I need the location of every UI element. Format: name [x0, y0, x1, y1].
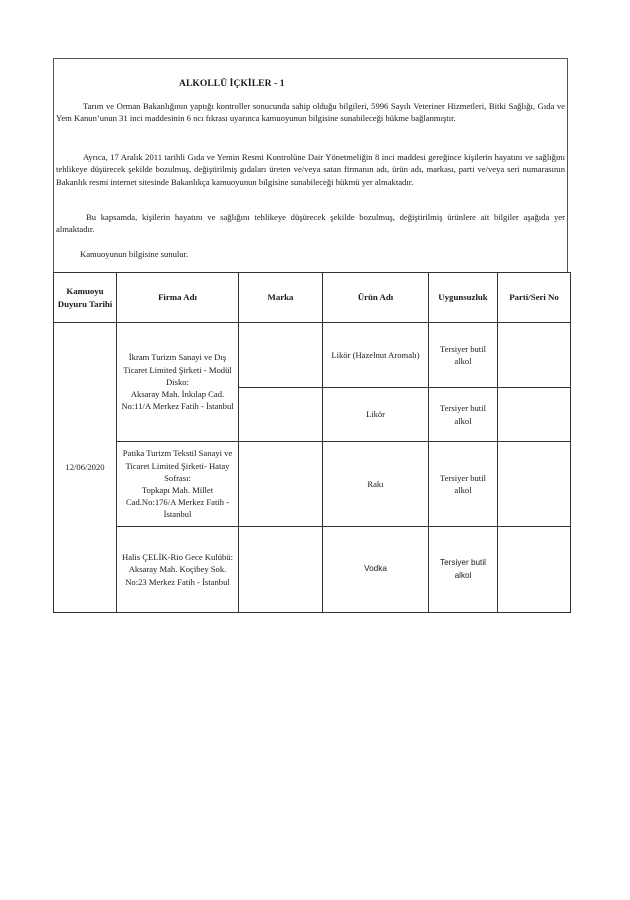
- nonconformity-cell: Tersiyer butil alkol: [429, 442, 498, 527]
- batch-cell: [498, 527, 571, 613]
- announcement-date-cell: 12/06/2020: [54, 323, 117, 613]
- firm-cell: Halis ÇELİK-Rio Gece Kulübü: Aksaray Mah…: [117, 527, 239, 613]
- table-row: Halis ÇELİK-Rio Gece Kulübü: Aksaray Mah…: [54, 527, 571, 613]
- brand-cell: [239, 323, 323, 388]
- header-firm-name: Firma Adı: [117, 273, 239, 323]
- firm-cell: Patika Turizm Tekstil Sanayi ve Ticaret …: [117, 442, 239, 527]
- product-cell: Rakı: [323, 442, 429, 527]
- header-product-name: Ürün Adı: [323, 273, 429, 323]
- brand-cell: [239, 527, 323, 613]
- product-cell: Likör (Hazelnut Aromalı): [323, 323, 429, 388]
- table-header-row: Kamuoyu Duyuru Tarihi Firma Adı Marka Ür…: [54, 273, 571, 323]
- nonconformity-cell: Tersiyer butil alkol: [429, 388, 498, 442]
- nonconformity-cell: Tersiyer butil alkol: [429, 323, 498, 388]
- batch-cell: [498, 323, 571, 388]
- product-cell: Likör: [323, 388, 429, 442]
- firm-name: Patika Turizm Tekstil Sanayi ve Ticaret …: [120, 447, 235, 484]
- header-nonconformity: Uygunsuzluk: [429, 273, 498, 323]
- table-row: 12/06/2020 İkram Turizm Sanayi ve Dış Ti…: [54, 323, 571, 388]
- header-brand: Marka: [239, 273, 323, 323]
- header-batch-number: Parti/Seri No: [498, 273, 571, 323]
- firm-address: Aksaray Mah. İnkılap Cad. No:11/A Merkez…: [120, 388, 235, 412]
- document-title: ALKOLLÜ İÇKİLER - 1: [54, 79, 567, 89]
- firm-name: Halis ÇELİK-Rio Gece Kulübü:: [120, 551, 235, 563]
- product-cell: Vodka: [323, 527, 429, 613]
- nonconformity-cell: Tersiyer butil alkol: [429, 527, 498, 613]
- firm-name: İkram Turizm Sanayi ve Dış Ticaret Limit…: [120, 351, 235, 388]
- table-row: Patika Turizm Tekstil Sanayi ve Ticaret …: [54, 442, 571, 527]
- intro-paragraph-1: Tarım ve Orman Bakanlığının yaptığı kont…: [56, 100, 565, 125]
- firm-cell: İkram Turizm Sanayi ve Dış Ticaret Limit…: [117, 323, 239, 442]
- brand-cell: [239, 388, 323, 442]
- brand-cell: [239, 442, 323, 527]
- intro-paragraph-2: Ayrıca, 17 Aralık 2011 tarihli Gıda ve Y…: [56, 151, 565, 188]
- recall-table: Kamuoyu Duyuru Tarihi Firma Adı Marka Ür…: [53, 272, 571, 613]
- firm-address: Topkapı Mah. Millet Cad.No:176/A Merkez …: [120, 484, 235, 521]
- firm-address: Aksaray Mah. Koçibey Sok. No:23 Merkez F…: [120, 563, 235, 587]
- intro-frame: ALKOLLÜ İÇKİLER - 1 Tarım ve Orman Bakan…: [53, 58, 568, 272]
- intro-paragraph-3: Bu kapsamda, kişilerin hayatını ve sağlı…: [56, 211, 565, 236]
- batch-cell: [498, 442, 571, 527]
- closing-statement: Kamuoyunun bilgisine sunulur.: [56, 248, 565, 260]
- header-announcement-date: Kamuoyu Duyuru Tarihi: [54, 273, 117, 323]
- batch-cell: [498, 388, 571, 442]
